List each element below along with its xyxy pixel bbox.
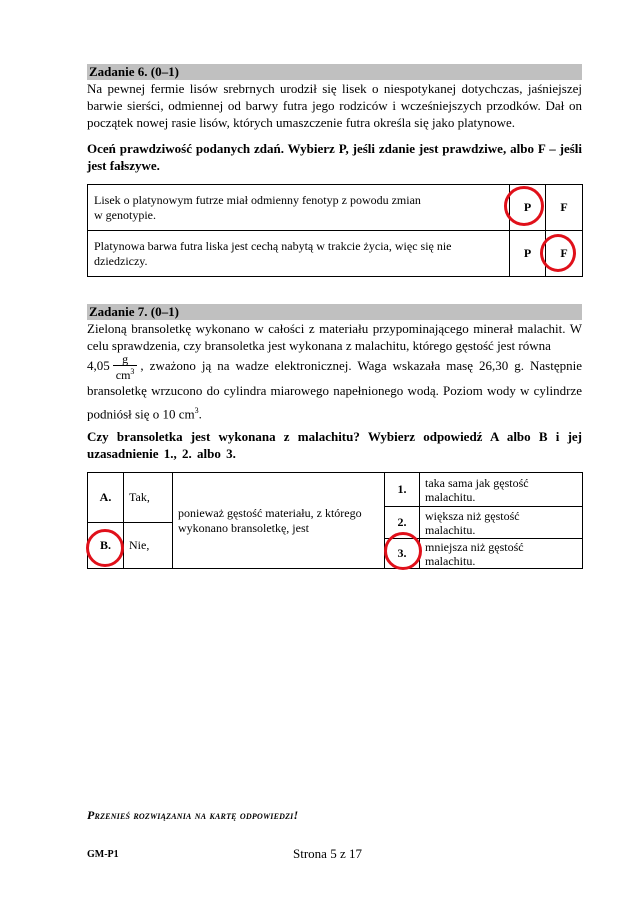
- page-number: Strona 5 z 17: [293, 846, 362, 862]
- task7-header: Zadanie 7. (0–1): [87, 304, 582, 320]
- true-option[interactable]: P: [510, 231, 546, 277]
- task6-header: Zadanie 6. (0–1): [87, 64, 582, 80]
- density-unit: gcm3: [113, 353, 138, 381]
- false-option[interactable]: F: [546, 231, 583, 277]
- transfer-answers-note: Przenieś rozwiązania na kartę odpowiedzi…: [87, 808, 298, 823]
- option-a-label: Tak,: [124, 473, 173, 523]
- exam-code: GM-P1: [87, 849, 119, 860]
- reason-2-key[interactable]: 2.: [385, 507, 420, 539]
- reason-3-key[interactable]: 3.: [385, 539, 420, 569]
- task7-intro-part1: Zieloną bransoletkę wykonano w całości z…: [87, 320, 582, 354]
- true-option[interactable]: P: [510, 185, 546, 231]
- option-b-key[interactable]: B.: [88, 523, 124, 569]
- task7-table: A. Tak, ponieważ gęstość materiału, z kt…: [87, 472, 583, 569]
- option-a-key[interactable]: A.: [88, 473, 124, 523]
- statement-row: Lisek o platynowym futrze miał odmienny …: [88, 185, 583, 231]
- task7-instruction: Czy bransoletka jest wykonana z malachit…: [87, 428, 582, 462]
- statement-row: Platynowa barwa futra liska jest cechą n…: [88, 231, 583, 277]
- option-b-label: Nie,: [124, 523, 173, 569]
- statement-text: Platynowa barwa futra liska jest cechą n…: [88, 231, 510, 277]
- reason-1-key[interactable]: 1.: [385, 473, 420, 507]
- reason-intro: ponieważ gęstość materiału, z którego wy…: [173, 473, 385, 569]
- density-value: 4,05: [87, 358, 110, 373]
- reason-1-text: taka sama jak gęstośćmalachitu.: [420, 473, 583, 507]
- statement-text: Lisek o platynowym futrze miał odmienny …: [88, 185, 510, 231]
- task6-table: Lisek o platynowym futrze miał odmienny …: [87, 184, 583, 277]
- task6-intro: Na pewnej fermie lisów srebrnych urodził…: [87, 80, 582, 131]
- task7-intro-part2: 4,05gcm3, zważono ją na wadze elektronic…: [87, 353, 582, 424]
- task6-instruction: Oceń prawdziwość podanych zdań. Wybierz …: [87, 140, 582, 174]
- false-option[interactable]: F: [546, 185, 583, 231]
- reason-3-text: mniejsza niż gęstośćmalachitu.: [420, 539, 583, 569]
- reason-2-text: większa niż gęstośćmalachitu.: [420, 507, 583, 539]
